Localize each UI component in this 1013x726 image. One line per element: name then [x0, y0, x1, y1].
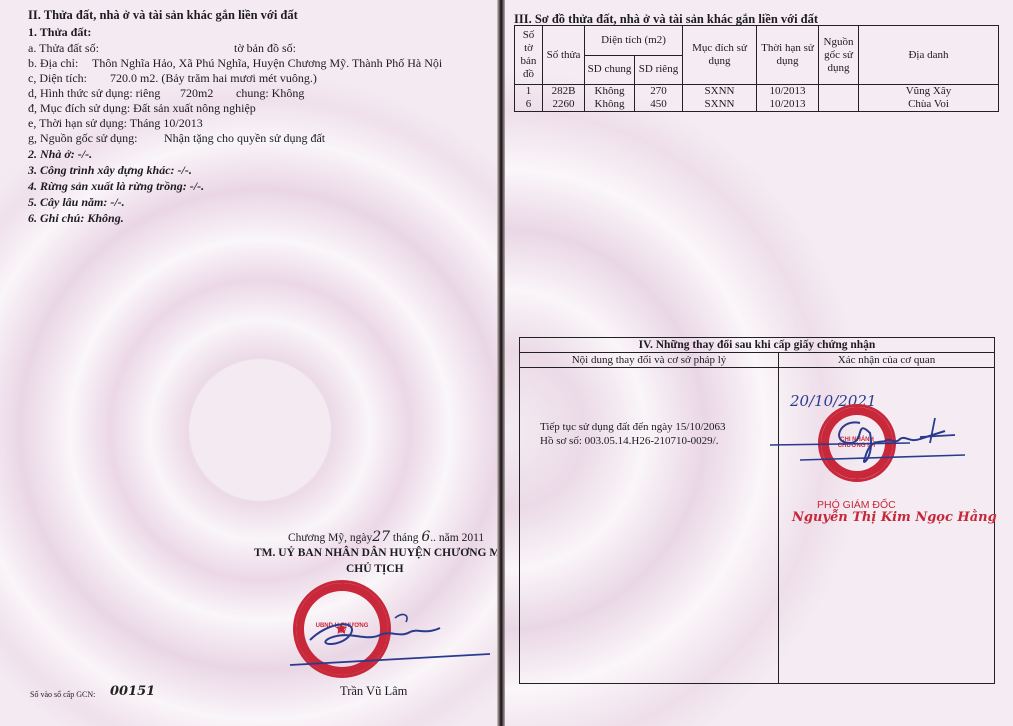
change-entry-line1: Tiếp tục sử dụng đất đến ngày 15/10/2063	[540, 420, 726, 434]
address-label: b. Địa chỉ:	[28, 56, 78, 70]
month-label: tháng	[393, 532, 419, 544]
col-area-shared: SD chung	[585, 55, 635, 85]
cell-place-name: Chùa Voi	[859, 98, 999, 112]
changes-title: IV. Những thay đổi sau khi cấp giấy chứn…	[520, 338, 994, 353]
area-label: c, Diện tích:	[28, 71, 87, 85]
cell-area-shared: Không	[585, 98, 635, 112]
map-sheet-label: tờ bản đồ số:	[234, 41, 296, 55]
parcel-table: Số tờ bản đồ Số thửa Diện tích (m2) Mục …	[514, 25, 999, 112]
issue-day: 27	[372, 529, 390, 545]
usage-shared-value: chung: Không	[236, 86, 304, 100]
year-label: .. năm 2011	[430, 532, 484, 544]
parcel-number-label: a. Thửa đất số:	[28, 41, 99, 55]
usage-origin-label: g, Nguồn gốc sử dụng:	[28, 131, 138, 145]
changes-subheader: Nội dung thay đổi và cơ sở pháp lý Xác n…	[520, 353, 994, 368]
chairman-title: CHỦ TỊCH	[346, 562, 404, 576]
usage-origin-value: Nhận tặng cho quyền sử dụng đất	[164, 131, 325, 145]
col-change-content: Nội dung thay đổi và cơ sở pháp lý	[520, 353, 778, 367]
cell-term: 10/2013	[757, 98, 819, 112]
cell-area-shared: Không	[585, 85, 635, 99]
cell-place-name: Vũng Xây	[859, 85, 999, 99]
official-signature	[770, 413, 970, 483]
table-row: 6 2260 Không 450 SXNN 10/2013 Chùa Voi	[515, 98, 999, 112]
place-date-label: Chương Mỹ, ngày	[288, 532, 372, 544]
cell-origin	[819, 98, 859, 112]
col-area-group: Diện tích (m2)	[585, 26, 683, 56]
cell-term: 10/2013	[757, 85, 819, 99]
col-term: Thời hạn sử dụng	[757, 26, 819, 85]
issue-place-date: Chương Mỹ, ngày27 tháng 6.. năm 2011	[288, 530, 484, 545]
registry-label: Số vào sổ cấp GCN:	[30, 688, 95, 702]
chairman-signature	[290, 600, 490, 670]
item-perennial-trees: 5. Cây lâu năm: -/-.	[28, 195, 125, 209]
col-place-name: Địa danh	[859, 26, 999, 85]
page-fold	[497, 0, 505, 726]
item-planted-forest: 4. Rừng sản xuất là rừng trồng: -/-.	[28, 179, 204, 193]
col-area-private: SD riêng	[635, 55, 683, 85]
issuing-authority: TM. UỶ BAN NHÂN DÂN HUYỆN CHƯƠNG MỸ	[254, 546, 497, 560]
cell-purpose: SXNN	[683, 85, 757, 99]
col-agency-confirm: Xác nhận của cơ quan	[779, 353, 994, 367]
cell-area-private: 450	[635, 98, 683, 112]
cell-map-sheet: 1	[515, 85, 543, 99]
area-value: 720.0 m2. (Bảy trăm hai mươi mét vuông.)	[110, 71, 317, 85]
col-parcel-no: Số thửa	[543, 26, 585, 85]
signer-name: Nguyễn Thị Kim Ngọc Hằng	[792, 511, 997, 525]
table-row: 1 282B Không 270 SXNN 10/2013 Vũng Xây	[515, 85, 999, 99]
registry-number: 00151	[110, 685, 155, 699]
col-origin: Nguồn gốc sử dụng	[819, 26, 859, 85]
changes-table: IV. Những thay đổi sau khi cấp giấy chứn…	[519, 337, 995, 684]
issue-month: 6	[421, 529, 430, 545]
item-house: 2. Nhà ở: -/-.	[28, 147, 92, 161]
cell-area-private: 270	[635, 85, 683, 99]
address-value: Thôn Nghĩa Hảo, Xã Phú Nghĩa, Huyện Chươ…	[92, 56, 442, 70]
section-iii-title: III. Sơ đồ thửa đất, nhà ở và tài sản kh…	[514, 12, 818, 26]
item-notes: 6. Ghi chú: Không.	[28, 211, 124, 225]
usage-term: e, Thời hạn sử dụng: Tháng 10/2013	[28, 116, 203, 130]
cell-parcel-no: 2260	[543, 98, 585, 112]
col-map-sheet: Số tờ bản đồ	[515, 26, 543, 85]
cell-parcel-no: 282B	[543, 85, 585, 99]
usage-purpose: đ, Mục đích sử dụng: Đất sản xuất nông n…	[28, 101, 256, 115]
cell-purpose: SXNN	[683, 98, 757, 112]
cell-origin	[819, 85, 859, 99]
subsection-1-title: 1. Thửa đất:	[28, 25, 91, 39]
item-other-construction: 3. Công trình xây dựng khác: -/-.	[28, 163, 192, 177]
usage-form-label: d, Hình thức sử dụng: riêng	[28, 86, 160, 100]
col-purpose: Mục đích sử dụng	[683, 26, 757, 85]
usage-private-value: 720m2	[180, 86, 213, 100]
column-divider	[778, 353, 779, 683]
section-ii-title: II. Thửa đất, nhà ở và tài sản khác gắn …	[28, 8, 298, 22]
change-entry-line2: Hồ sơ số: 003.05.14.H26-210710-0029/.	[540, 434, 718, 448]
cell-map-sheet: 6	[515, 98, 543, 112]
left-page: II. Thửa đất, nhà ở và tài sản khác gắn …	[0, 0, 497, 726]
chairman-name: Trần Vũ Lâm	[340, 684, 407, 698]
